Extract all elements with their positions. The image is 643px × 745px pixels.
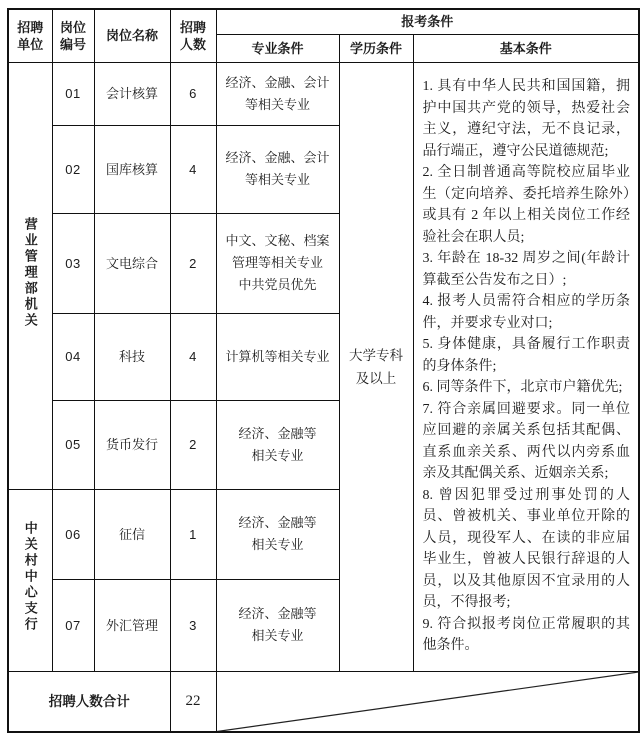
- major-cell: 经济、金融等 相关专业: [216, 400, 339, 489]
- unit-name-vertical: 营业管理部机关: [20, 217, 41, 329]
- header-post-name: 岗位名称: [94, 9, 170, 62]
- major-cell: 中文、文秘、档案 管理等相关专业 中共党员优先: [216, 213, 339, 313]
- total-value-cell: 22: [170, 671, 216, 732]
- header-major: 专业条件: [216, 34, 339, 62]
- count-cell: 2: [170, 213, 216, 313]
- post-name-cell: 征信: [94, 489, 170, 579]
- unit-cell-zhongguancun: 中关村中心支行: [8, 489, 52, 671]
- count-cell: 4: [170, 125, 216, 213]
- post-name-cell: 外汇管理: [94, 579, 170, 671]
- total-row: 招聘人数合计 22: [8, 671, 639, 732]
- header-education: 学历条件: [339, 34, 413, 62]
- major-cell: 经济、金融、会计 等相关专业: [216, 62, 339, 125]
- post-name-cell: 货币发行: [94, 400, 170, 489]
- major-cell: 经济、金融、会计 等相关专业: [216, 125, 339, 213]
- count-cell: 6: [170, 62, 216, 125]
- major-cell: 经济、金融等 相关专业: [216, 489, 339, 579]
- total-label-cell: 招聘人数合计: [8, 671, 170, 732]
- count-cell: 2: [170, 400, 216, 489]
- table-row: 营业管理部机关 01 会计核算 6 经济、金融、会计 等相关专业 大学专科 及以…: [8, 62, 639, 125]
- unit-name-vertical: 中关村中心支行: [20, 521, 41, 633]
- post-no-cell: 02: [52, 125, 94, 213]
- major-cell: 计算机等相关专业: [216, 313, 339, 400]
- recruitment-table: 招聘 单位 岗位 编号 岗位名称 招聘 人数 报考条件 专业条件 学历条件 基本…: [7, 8, 640, 733]
- recruitment-page: 招聘 单位 岗位 编号 岗位名称 招聘 人数 报考条件 专业条件 学历条件 基本…: [0, 0, 643, 745]
- education-cell: 大学专科 及以上: [339, 62, 413, 671]
- post-name-cell: 国库核算: [94, 125, 170, 213]
- post-name-cell: 会计核算: [94, 62, 170, 125]
- count-cell: 3: [170, 579, 216, 671]
- diagonal-line: [217, 672, 639, 732]
- post-no-cell: 01: [52, 62, 94, 125]
- major-cell: 经济、金融等 相关专业: [216, 579, 339, 671]
- header-count: 招聘 人数: [170, 9, 216, 62]
- header-post-no: 岗位 编号: [52, 9, 94, 62]
- basic-conditions-cell: 1. 具有中华人民共和国国籍，拥护中国共产党的领导，热爱社会主义，遵纪守法，无不…: [413, 62, 639, 671]
- post-no-cell: 03: [52, 213, 94, 313]
- header-basic: 基本条件: [413, 34, 639, 62]
- post-no-cell: 07: [52, 579, 94, 671]
- post-no-cell: 05: [52, 400, 94, 489]
- post-name-cell: 文电综合: [94, 213, 170, 313]
- header-conditions-group: 报考条件: [216, 9, 639, 34]
- count-cell: 4: [170, 313, 216, 400]
- count-cell: 1: [170, 489, 216, 579]
- unit-cell-yingye: 营业管理部机关: [8, 62, 52, 489]
- post-no-cell: 06: [52, 489, 94, 579]
- post-name-cell: 科技: [94, 313, 170, 400]
- header-unit: 招聘 单位: [8, 9, 52, 62]
- post-no-cell: 04: [52, 313, 94, 400]
- empty-diagonal-cell: [216, 671, 639, 732]
